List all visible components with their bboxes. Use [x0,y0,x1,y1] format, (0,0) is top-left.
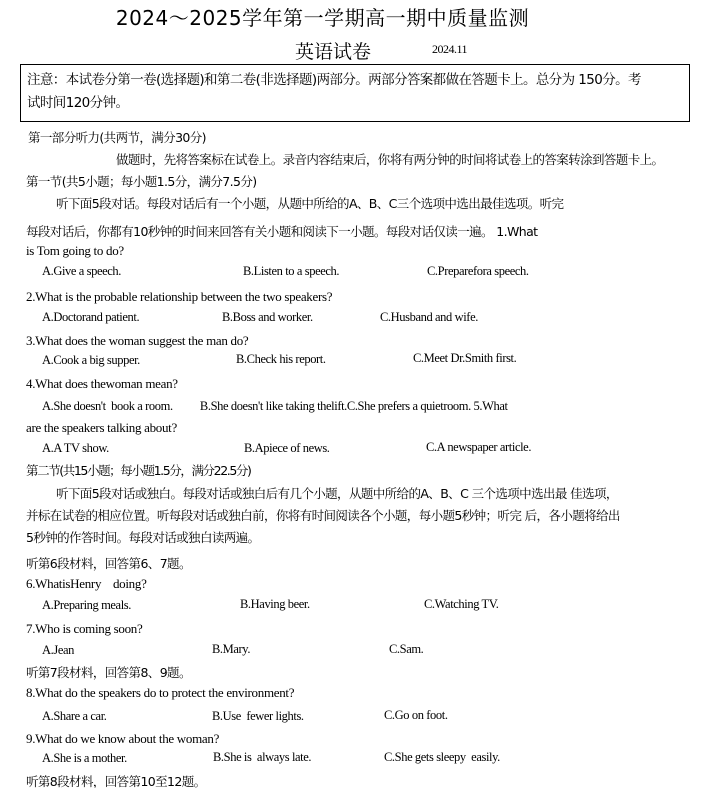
question-4-text: 4.What does thewoman mean? [26,376,178,392]
notice-line-2: 试时间120分钟。 [27,92,683,115]
exam-subject: 英语试卷 [295,37,371,64]
q2-option-b: B.Boss and worker. [222,310,313,325]
q6-option-c: C.Watching TV. [424,597,499,612]
part1-heading: 第一部分听力(共两节，满分30分) [28,128,206,146]
q2-option-a: A.Doctorand patient. [42,310,139,325]
question-8-text: 8.What do the speakers do to protect the… [26,685,294,701]
q1-option-a: A.Give a speech. [42,264,121,279]
section1-instruction-1: 听下面5段对话。每段对话后有一个小题，从题中所给的A、B、C三个选项中选出最佳选… [56,194,563,212]
question-1-text: is Tom going to do? [26,243,124,259]
q3-option-c: C.Meet Dr.Smith first. [413,351,516,366]
section1-heading: 第一节(共5小题；每小题1.5分，满分7.5分) [26,172,257,190]
q6-option-b: B.Having beer. [240,597,310,612]
q8-option-c: C.Go on foot. [384,708,448,723]
question-3-text: 3.What does the woman suggest the man do… [26,333,248,349]
notice-box: 注意：本试卷分第一卷(选择题)和第二卷(非选择题)两部分。两部分答案都做在答题卡… [20,64,690,122]
exam-date: 2024.11 [432,42,467,57]
q6-option-a: A.Preparing meals. [42,598,131,613]
section2-instruction-1: 听下面5段对话或独白。每段对话或独白后有几个小题，从题中所给的A、B、C 三个选… [56,484,618,502]
q9-option-a: A.She is a mother. [42,751,127,766]
section2-instruction-3: 5秒钟的作答时间。每段对话或独白读两遍。 [26,528,259,546]
q1-option-b: B.Listen to a speech. [243,264,339,279]
q1-option-c: C.Preparefora speech. [427,264,529,279]
question-9-text: 9.What do we know about the woman? [26,731,219,747]
q2-option-c: C.Husband and wife. [380,310,478,325]
q3-option-a: A.Cook a big supper. [42,353,140,368]
section2-heading: 第二节(共15小题；每小题1.5分，满分22.5分) [26,461,250,479]
question-5-text: are the speakers talking about? [26,420,177,436]
exam-title: 2024～2025学年第一学期高一期中质量监测 [0,2,681,31]
material-6-label: 听第6段材料，回答第6、7题。 [26,554,191,572]
q7-option-a: A.Jean [42,643,74,658]
question-6-text: 6.WhatisHenry doing? [26,576,147,592]
q5-option-a: A.A TV show. [42,441,109,456]
part1-instruction: 做题时，先将答案标在试卷上。录音内容结束后，你将有两分钟的时间将试卷上的答案转涂… [116,150,663,168]
q7-option-b: B.Mary. [212,642,250,657]
q8-option-a: A.Share a car. [42,709,107,724]
question-2-text: 2.What is the probable relationship betw… [26,289,332,305]
material-7-label: 听第7段材料，回答第8、9题。 [26,663,191,681]
q8-option-b: B.Use fewer lights. [212,709,304,724]
q9-option-c: C.She gets sleepy easily. [384,750,500,765]
q4-options: A.She doesn't book a room. B.She doesn't… [42,399,508,414]
q5-option-c: C.A newspaper article. [426,440,531,455]
q7-option-c: C.Sam. [389,642,423,657]
q5-option-b: B.Apiece of news. [244,441,330,456]
notice-line-1: 注意：本试卷分第一卷(选择题)和第二卷(非选择题)两部分。两部分答案都做在答题卡… [27,69,683,92]
question-7-text: 7.Who is coming soon? [26,621,142,637]
q9-option-b: B.She is always late. [213,750,311,765]
section1-instruction-2: 每段对话后，你都有10秒钟的时间来回答有关小题和阅读下一小题。每段对话仅读一遍。… [26,222,537,240]
section2-instruction-2: 并标在试卷的相应位置。听每段对话或独白前，你将有时间阅读各个小题，每小题5秒钟；… [26,506,620,524]
material-8-label: 听第8段材料，回答第10至12题。 [26,772,206,788]
q3-option-b: B.Check his report. [236,352,326,367]
